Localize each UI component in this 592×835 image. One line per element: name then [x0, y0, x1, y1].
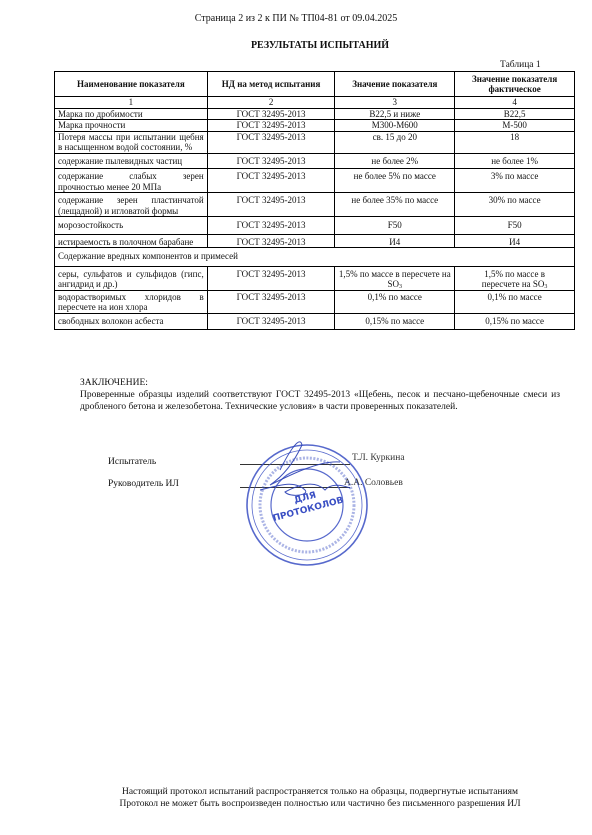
footer: Настоящий протокол испытаний распростран… — [0, 786, 592, 810]
required-value: 1,5% по массе в пересчете на SO3 — [335, 266, 455, 290]
table-row: содержание слабых зерен прочностью менее… — [55, 169, 575, 193]
required-value: 0,1% по массе — [335, 290, 455, 313]
column-header: НД на метод испытания — [207, 72, 335, 97]
indicator-name: серы, сульфатов и сульфидов (гипс, ангид… — [55, 266, 208, 290]
actual-value: В22,5 — [455, 108, 575, 120]
required-value: В22,5 и ниже — [335, 108, 455, 120]
conclusion-text: Проверенные образцы изделий соответствую… — [80, 389, 560, 413]
required-value: не более 5% по массе — [335, 169, 455, 193]
required-value: не более 2% — [335, 153, 455, 169]
conclusion-heading: ЗАКЛЮЧЕНИЕ: — [80, 377, 560, 389]
test-method: ГОСТ 32495-2013 — [207, 266, 335, 290]
conclusion: ЗАКЛЮЧЕНИЕ: Проверенные образцы изделий … — [80, 377, 560, 413]
table-header-row: Наименование показателя НД на метод испы… — [55, 72, 575, 97]
official-stamp: ДЛЯ ПРОТОКОЛОВ — [240, 440, 375, 570]
test-method: ГОСТ 32495-2013 — [207, 290, 335, 313]
column-number: 3 — [335, 97, 455, 109]
table-row: свободных волокон асбеста ГОСТ 32495-201… — [55, 313, 575, 330]
tester-role: Испытатель — [108, 457, 156, 467]
table-label: Таблица 1 — [500, 60, 541, 70]
indicator-name: содержание слабых зерен прочностью менее… — [55, 169, 208, 193]
indicator-name: содержание зерен пластинчатой (лещадной)… — [55, 193, 208, 217]
indicator-name: морозостойкость — [55, 217, 208, 235]
indicator-name: истираемость в полочном барабане — [55, 234, 208, 248]
footer-line-2: Протокол не может быть воспроизведен пол… — [0, 798, 592, 810]
table-row: Потеря массы при испытании щебня в насыщ… — [55, 131, 575, 153]
column-header: Значение показателя — [335, 72, 455, 97]
actual-value: 18 — [455, 131, 575, 153]
test-method: ГОСТ 32495-2013 — [207, 169, 335, 193]
column-number: 4 — [455, 97, 575, 109]
test-method: ГОСТ 32495-2013 — [207, 217, 335, 235]
required-value: 0,15% по массе — [335, 313, 455, 330]
column-header: Значение показателя фактическое — [455, 72, 575, 97]
test-method: ГОСТ 32495-2013 — [207, 131, 335, 153]
required-value: не более 35% по массе — [335, 193, 455, 217]
column-number: 1 — [55, 97, 208, 109]
page-header: Страница 2 из 2 к ПИ № ТП04-81 от 09.04.… — [0, 13, 592, 24]
actual-value: 0,15% по массе — [455, 313, 575, 330]
actual-value: 0,1% по массе — [455, 290, 575, 313]
indicator-name: Марка прочности — [55, 120, 208, 132]
indicator-name: содержание пылевидных частиц — [55, 153, 208, 169]
table-row: содержание пылевидных частиц ГОСТ 32495-… — [55, 153, 575, 169]
actual-value: 1,5% по массе в пересчете на SO3 — [455, 266, 575, 290]
results-table: Наименование показателя НД на метод испы… — [54, 71, 575, 330]
column-number-row: 1 2 3 4 — [55, 97, 575, 109]
table-row: серы, сульфатов и сульфидов (гипс, ангид… — [55, 266, 575, 290]
test-method: ГОСТ 32495-2013 — [207, 234, 335, 248]
indicator-name: Потеря массы при испытании щебня в насыщ… — [55, 131, 208, 153]
required-value: М300-М600 — [335, 120, 455, 132]
actual-value: М-500 — [455, 120, 575, 132]
table-row: истираемость в полочном барабане ГОСТ 32… — [55, 234, 575, 248]
indicator-name: Марка по дробимости — [55, 108, 208, 120]
test-method: ГОСТ 32495-2013 — [207, 153, 335, 169]
test-method: ГОСТ 32495-2013 — [207, 120, 335, 132]
section-row: Содержание вредных компонентов и примесе… — [55, 248, 575, 267]
actual-value: не более 1% — [455, 153, 575, 169]
column-header: Наименование показателя — [55, 72, 208, 97]
actual-value: И4 — [455, 234, 575, 248]
actual-value: 3% по массе — [455, 169, 575, 193]
required-value: И4 — [335, 234, 455, 248]
table-row: Марка прочности ГОСТ 32495-2013 М300-М60… — [55, 120, 575, 132]
test-method: ГОСТ 32495-2013 — [207, 193, 335, 217]
section-title: Содержание вредных компонентов и примесе… — [55, 248, 575, 267]
required-value: F50 — [335, 217, 455, 235]
table-row: морозостойкость ГОСТ 32495-2013 F50 F50 — [55, 217, 575, 235]
table-row: содержание зерен пластинчатой (лещадной)… — [55, 193, 575, 217]
footer-line-1: Настоящий протокол испытаний распростран… — [0, 786, 592, 798]
column-number: 2 — [207, 97, 335, 109]
indicator-name: свободных волокон асбеста — [55, 313, 208, 330]
indicator-name: водорастворимых хлоридов в пересчете на … — [55, 290, 208, 313]
document-title: РЕЗУЛЬТАТЫ ИСПЫТАНИЙ — [0, 40, 592, 51]
test-method: ГОСТ 32495-2013 — [207, 108, 335, 120]
table-row: Марка по дробимости ГОСТ 32495-2013 В22,… — [55, 108, 575, 120]
required-value: св. 15 до 20 — [335, 131, 455, 153]
table-row: водорастворимых хлоридов в пересчете на … — [55, 290, 575, 313]
actual-value: 30% по массе — [455, 193, 575, 217]
test-method: ГОСТ 32495-2013 — [207, 313, 335, 330]
actual-value: F50 — [455, 217, 575, 235]
head-role: Руководитель ИЛ — [108, 479, 179, 489]
